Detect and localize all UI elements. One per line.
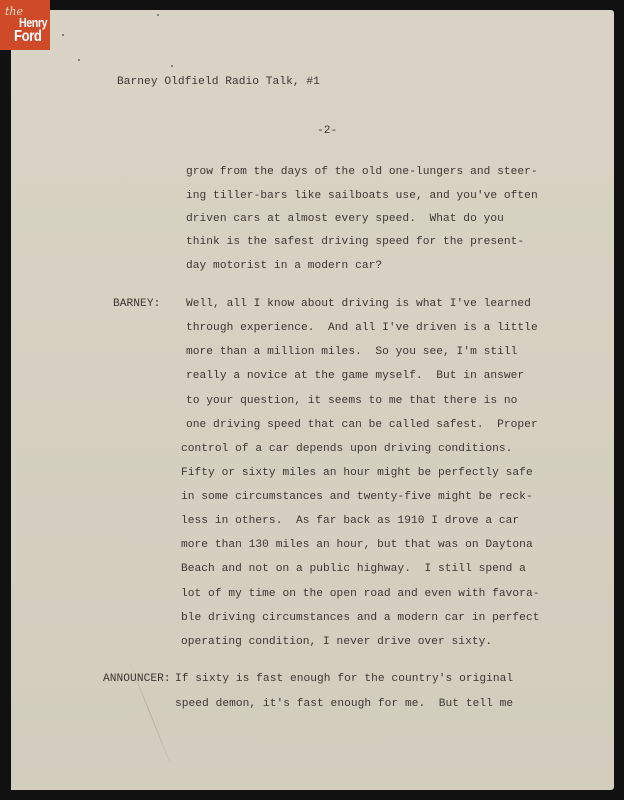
text-line: ing tiller-bars like sailboats use, and … bbox=[186, 189, 538, 203]
text-line: lot of my time on the open road and even… bbox=[181, 587, 539, 601]
text-line: driven cars at almost every speed. What … bbox=[186, 212, 504, 226]
text-line: one driving speed that can be called saf… bbox=[186, 418, 538, 432]
page-number: -2- bbox=[317, 124, 337, 138]
logo-ford: Ford bbox=[14, 28, 42, 46]
text-line: think is the safest driving speed for th… bbox=[186, 235, 524, 249]
text-line: Fifty or sixty miles an hour might be pe… bbox=[181, 466, 533, 480]
text-line: grow from the days of the old one-lunger… bbox=[186, 165, 538, 179]
text-line: less in others. As far back as 1910 I dr… bbox=[181, 514, 519, 528]
text-line: day motorist in a modern car? bbox=[186, 259, 382, 273]
text-line: Beach and not on a public highway. I sti… bbox=[181, 562, 526, 576]
paper-speck bbox=[171, 65, 173, 67]
henry-ford-logo: the Henry Ford bbox=[0, 0, 50, 50]
text-line: Well, all I know about driving is what I… bbox=[186, 297, 531, 311]
text-line: in some circumstances and twenty-five mi… bbox=[181, 490, 533, 504]
document-title: Barney Oldfield Radio Talk, #1 bbox=[117, 75, 320, 89]
paper-speck bbox=[157, 14, 159, 16]
text-line: ble driving circumstances and a modern c… bbox=[181, 611, 539, 625]
text-line: through experience. And all I've driven … bbox=[186, 321, 538, 335]
text-line: more than 130 miles an hour, but that wa… bbox=[181, 538, 533, 552]
text-line: control of a car depends upon driving co… bbox=[181, 442, 512, 456]
text-line: to your question, it seems to me that th… bbox=[186, 394, 517, 408]
text-line: really a novice at the game myself. But … bbox=[186, 369, 524, 383]
text-line: operating condition, I never drive over … bbox=[181, 635, 492, 649]
text-line: more than a million miles. So you see, I… bbox=[186, 345, 517, 359]
text-line: speed demon, it's fast enough for me. Bu… bbox=[175, 697, 513, 711]
speaker-label: BARNEY: bbox=[113, 297, 160, 311]
speaker-label: ANNOUNCER: bbox=[103, 672, 171, 686]
paper-speck bbox=[78, 59, 80, 61]
paper-speck bbox=[62, 34, 64, 36]
text-line: If sixty is fast enough for the country'… bbox=[175, 672, 513, 686]
